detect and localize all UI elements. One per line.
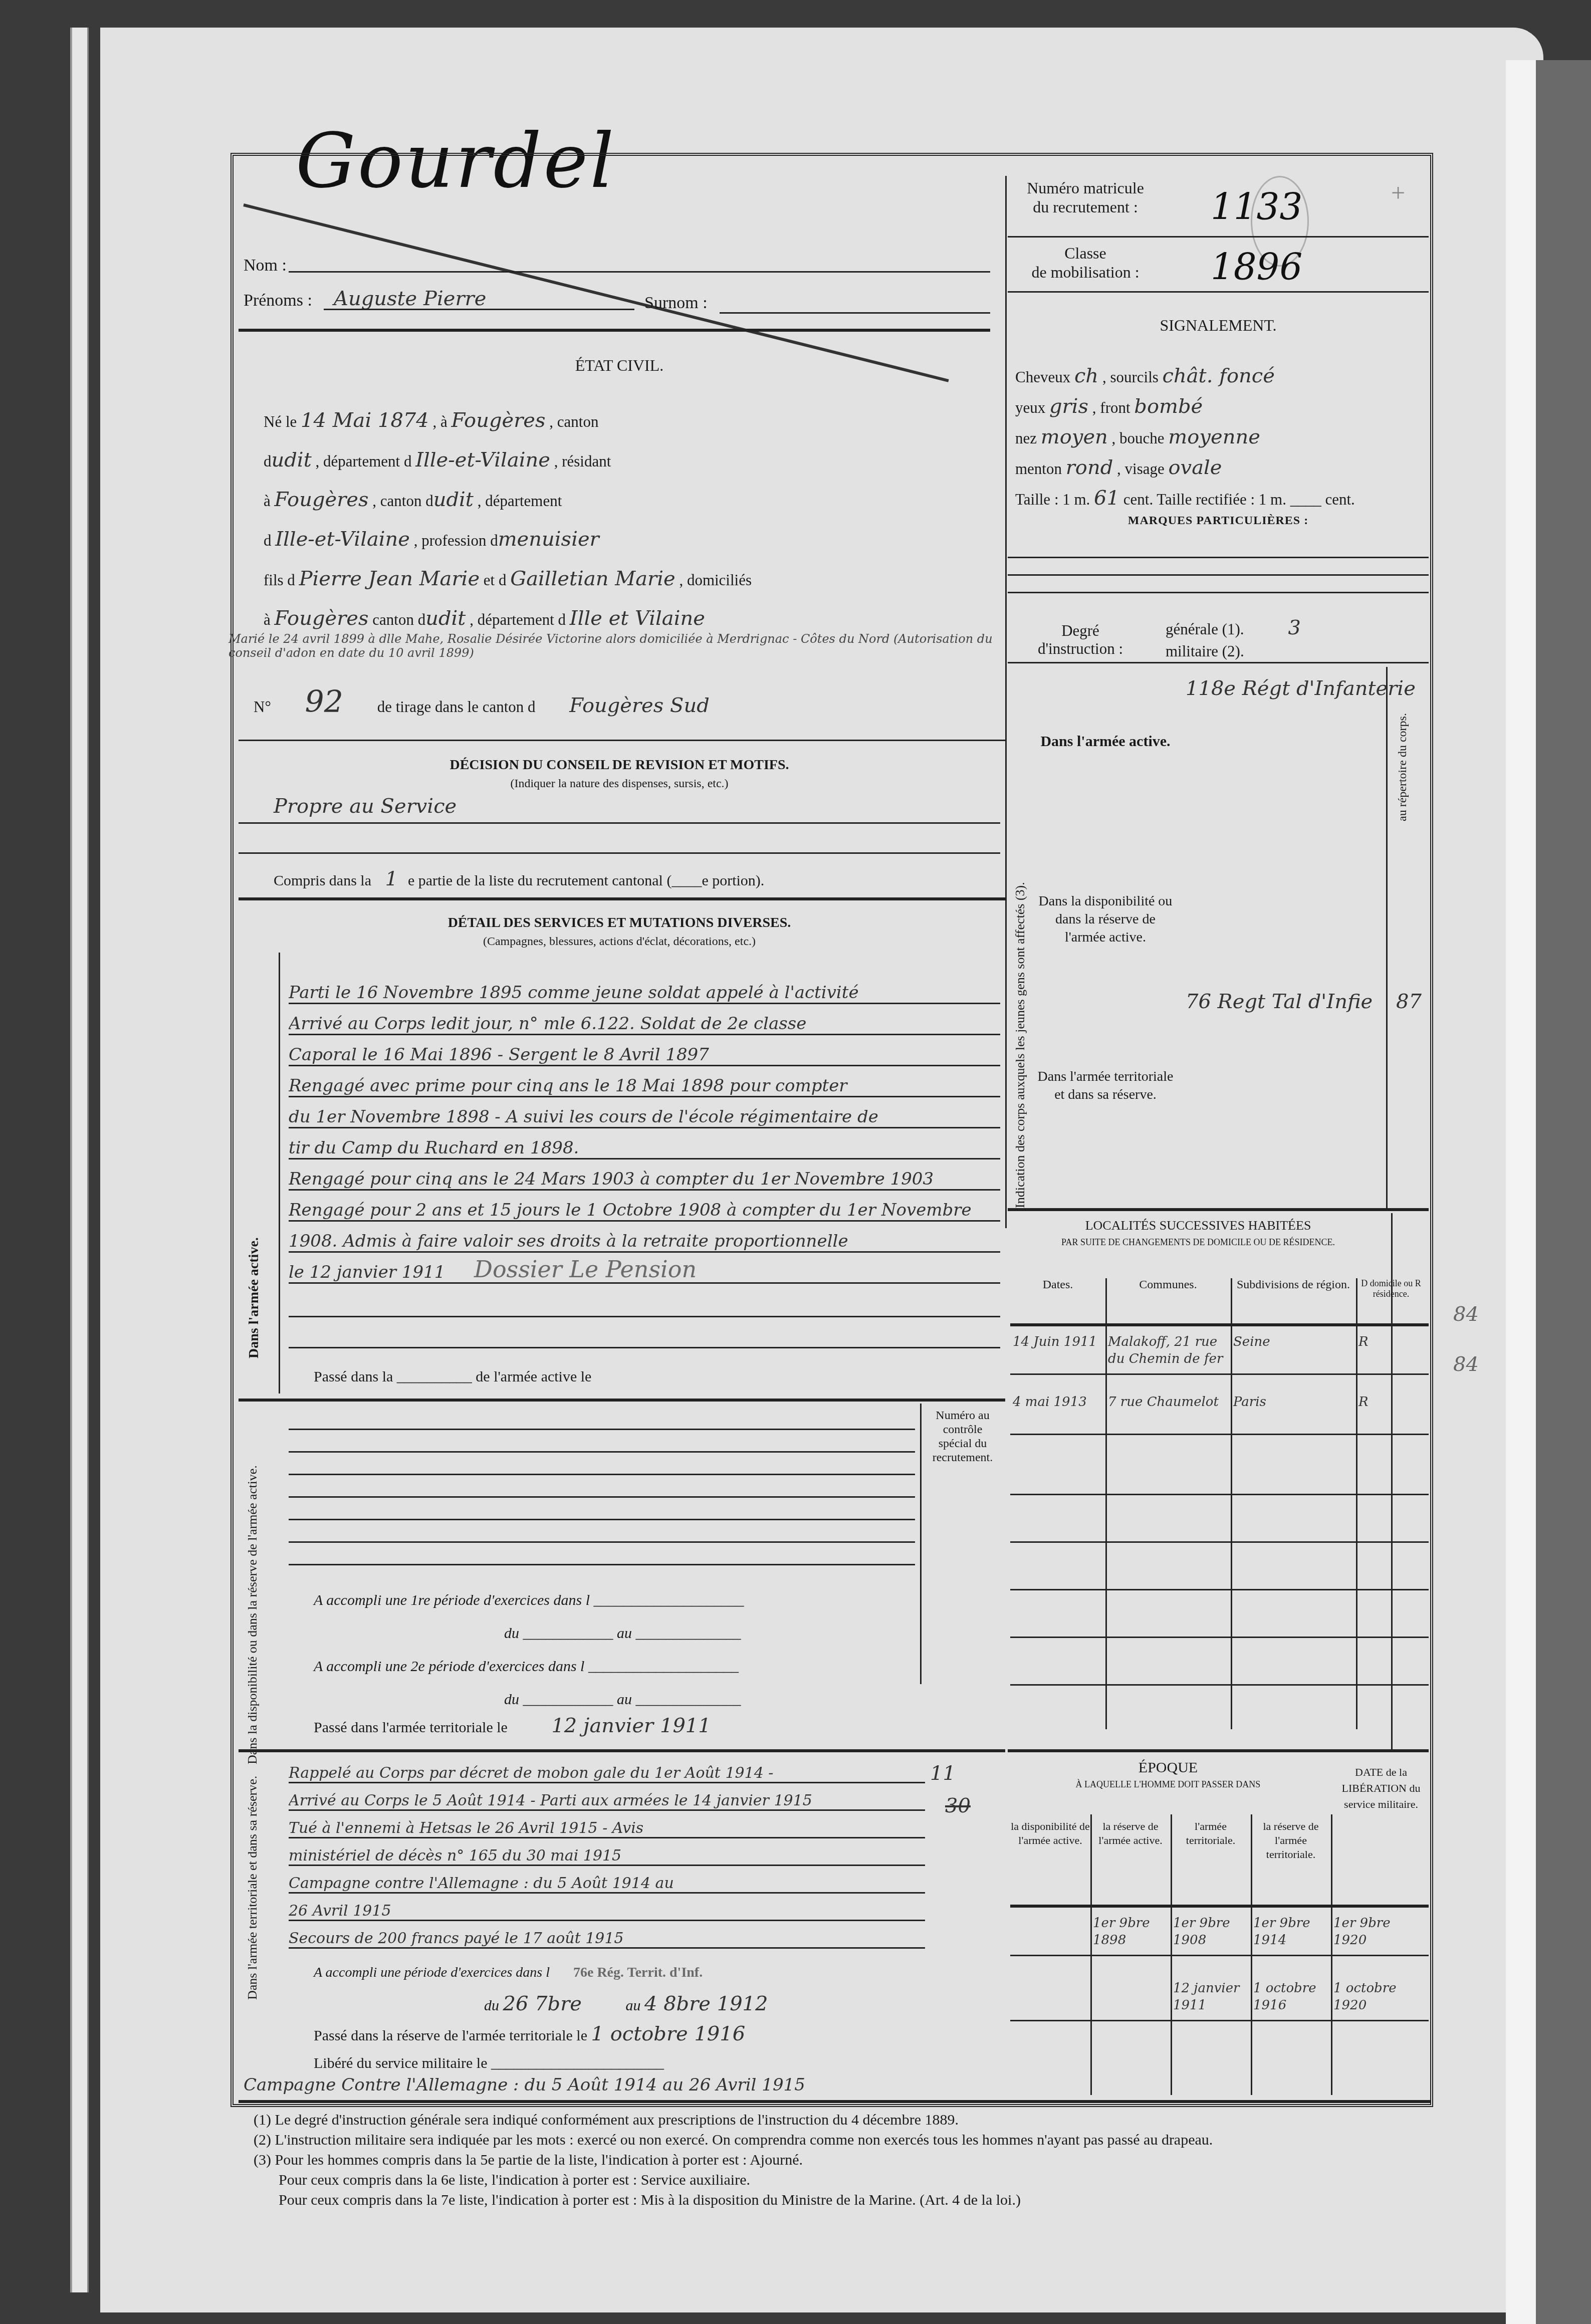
blank-line xyxy=(289,1541,915,1543)
divider xyxy=(1386,667,1388,1208)
services-subtitle: (Campagnes, blessures, actions d'éclat, … xyxy=(234,935,1005,949)
divider xyxy=(1008,557,1429,558)
service-line: Arrivé au Corps le 5 Août 1914 - Parti a… xyxy=(289,1792,925,1811)
divider xyxy=(279,953,280,1393)
corps-row-active-value: 118e Régt d'Infanterie xyxy=(1186,677,1416,700)
birth-date: 14 Mai 1874 xyxy=(301,409,429,432)
mother-name: Gailletian Marie xyxy=(510,567,675,590)
surnom-label: Surnom : xyxy=(644,294,708,313)
localites-cell: Seine xyxy=(1233,1333,1353,1350)
divider xyxy=(1008,1749,1429,1752)
divider xyxy=(1010,1905,1429,1908)
etat-civil-title: ÉTAT CIVIL. xyxy=(234,356,1005,375)
terr-numero-2: 30 xyxy=(945,1794,971,1817)
blank-line xyxy=(1010,1589,1429,1590)
corps-row-terr-numero: 87 xyxy=(1396,990,1422,1013)
localites-cell: 14 Juin 1911 xyxy=(1013,1333,1103,1350)
liberation-header: DATE de la LIBÉRATION du service militai… xyxy=(1336,1764,1426,1812)
blank-line xyxy=(289,1519,915,1520)
instruction-rows: générale (1). 3 militaire (2). xyxy=(1166,617,1301,662)
nom-label: Nom : xyxy=(244,256,287,275)
localites-cell: Malakoff, 21 rue du Chemin de fer xyxy=(1108,1333,1228,1367)
localites-cell: R xyxy=(1358,1393,1424,1411)
epoque-cell: 1 octobre 1920 xyxy=(1333,1980,1416,2014)
footnote-line: Pour ceux compris dans la 6e liste, l'in… xyxy=(254,2170,1426,2190)
service-line: ministériel de décès n° 165 du 30 mai 19… xyxy=(289,1847,925,1866)
epoque-header: la réserve de l'armée territoriale. xyxy=(1251,1819,1331,1862)
divider xyxy=(1105,1278,1107,1729)
signalement-block: Cheveux ch , sourcils chât. foncé yeux g… xyxy=(1015,361,1426,514)
epoque-cell: 1er 9bre 1908 xyxy=(1173,1915,1248,1949)
margin-number-1: 84 xyxy=(1453,1303,1479,1326)
localites-header: D domicile ou R résidence. xyxy=(1356,1278,1426,1299)
localites-header: Dates. xyxy=(1010,1278,1105,1292)
footnotes: (1) Le degré d'instruction générale sera… xyxy=(254,2110,1426,2210)
localites-title: LOCALITÉS SUCCESSIVES HABITÉES xyxy=(1008,1218,1389,1233)
divider xyxy=(239,897,1005,900)
corps-row-active-label: Dans l'armée active. xyxy=(1035,732,1176,751)
margin-number-2: 84 xyxy=(1453,1353,1479,1376)
localites-cell: R xyxy=(1358,1333,1424,1350)
localites-header: Subdivisions de région. xyxy=(1231,1278,1356,1292)
service-line: Rengagé pour cinq ans le 24 Mars 1903 à … xyxy=(289,1169,1000,1191)
decision-value: Propre au Service xyxy=(274,795,457,818)
divider xyxy=(1008,662,1429,663)
reserve-terr-row: Passé dans la réserve de l'armée territo… xyxy=(314,2022,745,2045)
service-line: 26 Avril 1915 xyxy=(289,1902,925,1921)
divider xyxy=(1008,236,1429,238)
signalement-title: SIGNALEMENT. xyxy=(1008,316,1429,335)
side-label-terr: Dans l'armée territoriale et dans sa rés… xyxy=(244,1774,284,2000)
epoque-cell: 1er 9bre 1898 xyxy=(1093,1915,1168,1949)
corps-row-dispo-label: Dans la disponibilité ou dans la réserve… xyxy=(1035,892,1176,947)
footnote-line: Pour ceux compris dans la 7e liste, l'in… xyxy=(254,2190,1426,2210)
degre-label: Degréd'instruction : xyxy=(1015,622,1146,658)
divider xyxy=(1008,291,1429,293)
divider xyxy=(1010,1373,1429,1375)
service-line: 1908. Admis à faire valoir ses droits à … xyxy=(289,1231,1000,1253)
territoriale-row: Passé dans l'armée territoriale le 12 ja… xyxy=(314,1714,711,1737)
divider xyxy=(239,1749,1005,1752)
column-divider xyxy=(1005,176,1007,1228)
divider xyxy=(239,740,1005,741)
corps-side-title: Indication des corps auxquels les jeunes… xyxy=(1013,697,1028,1208)
side-label-dispo: Dans la disponibilité ou dans la réserve… xyxy=(244,1439,284,1764)
classe-label: Classede mobilisation : xyxy=(1010,244,1161,282)
service-line: Tué à l'ennemi à Hetsas le 26 Avril 1915… xyxy=(289,1819,925,1838)
service-line: Caporal le 16 Mai 1896 - Sergent le 8 Av… xyxy=(289,1045,1000,1066)
epoque-header: l'armée territoriale. xyxy=(1171,1819,1251,1847)
divider xyxy=(239,329,990,332)
marriage-note: Marié le 24 avril 1899 à dlle Mahe, Rosa… xyxy=(229,632,1010,660)
numero-header: au répertoire du corps. xyxy=(1396,697,1426,847)
epoque-header: la disponibilité de l'armée active. xyxy=(1010,1819,1090,1847)
classe-value: 1896 xyxy=(1211,246,1302,288)
footnote-line: (3) Pour les hommes compris dans la 5e p… xyxy=(254,2150,1426,2170)
profession: menuisier xyxy=(498,528,599,551)
etat-civil-block: Né le 14 Mai 1874 , à Fougères , canton … xyxy=(264,401,995,639)
blank-line xyxy=(289,1474,915,1475)
compris-row: Compris dans la 1e partie de la liste du… xyxy=(274,867,764,890)
periodes-block: A accompli une 1re période d'exercices d… xyxy=(314,1584,744,1716)
numero-controle-label: Numéro au contrôle spécial du recrutemen… xyxy=(925,1409,1000,1465)
service-line: tir du Camp du Ruchard en 1898. xyxy=(289,1138,1000,1159)
side-label-active: Dans l'armée active. xyxy=(246,1008,262,1358)
localites-cell: 4 mai 1913 xyxy=(1013,1393,1103,1411)
tirage-row: N° 92 de tirage dans le canton d Fougère… xyxy=(254,684,710,720)
divider xyxy=(239,2100,1431,2103)
prenoms-field[interactable] xyxy=(324,309,634,310)
divider xyxy=(1008,1208,1429,1211)
epoque-cell: 12 janvier 1911 xyxy=(1173,1980,1248,2014)
birth-place: Fougères xyxy=(451,409,546,432)
blank-line xyxy=(1010,1541,1429,1543)
localites-subtitle: PAR SUITE DE CHANGEMENTS DE DOMICILE OU … xyxy=(1008,1237,1389,1248)
libere-row: Libéré du service militaire le _________… xyxy=(314,2055,664,2072)
divider xyxy=(1008,574,1429,576)
blank-line xyxy=(1010,1637,1429,1638)
service-line: Rengagé avec prime pour cinq ans le 18 M… xyxy=(289,1076,1000,1097)
marques-label: MARQUES PARTICULIÈRES : xyxy=(1008,514,1429,528)
decision-subtitle: (Indiquer la nature des dispenses, sursi… xyxy=(234,777,1005,791)
terr-numero-1: 11 xyxy=(930,1762,956,1785)
blank-line xyxy=(289,1347,1000,1348)
campagne-overwrite: Campagne Contre l'Allemagne : du 5 Août … xyxy=(244,2075,805,2095)
divider xyxy=(920,1404,922,1684)
divider xyxy=(239,1399,1005,1402)
divider xyxy=(1010,1955,1429,1956)
service-line: du 1er Novembre 1898 - A suivi les cours… xyxy=(289,1107,1000,1128)
blank-line xyxy=(289,1564,915,1565)
periode-terr-row: A accompli une période d'exercices dans … xyxy=(314,1965,703,1981)
service-line: Secours de 200 francs payé le 17 août 19… xyxy=(289,1930,925,1949)
localites-cell: 7 rue Chaumelot xyxy=(1108,1393,1228,1411)
height-value: 61 xyxy=(1094,487,1119,510)
blank-line xyxy=(289,1451,915,1453)
divider xyxy=(239,852,1000,854)
epoque-cell: 1er 9bre 1920 xyxy=(1333,1915,1416,1949)
service-line: Parti le 16 Novembre 1895 comme jeune so… xyxy=(289,983,1000,1004)
book-spine xyxy=(1536,60,1591,2324)
father-name: Pierre Jean Marie xyxy=(299,567,480,590)
blank-line xyxy=(289,1496,915,1498)
localites-header: Communes. xyxy=(1105,1278,1231,1292)
corps-row-terr-value: 76 Regt Tal d'Infie xyxy=(1186,990,1373,1013)
margin-mark: + xyxy=(1391,178,1405,207)
localites-cell: Paris xyxy=(1233,1393,1353,1411)
surnom-field[interactable] xyxy=(720,312,990,314)
service-line: Arrivé au Corps ledit jour, n° mle 6.122… xyxy=(289,1014,1000,1035)
service-line: Rengagé pour 2 ans et 15 jours le 1 Octo… xyxy=(289,1200,1000,1222)
divider xyxy=(1010,2020,1429,2021)
pension-stamp: Dossier Le Pension xyxy=(474,1256,697,1283)
service-line: Campagne contre l'Allemagne : du 5 Août … xyxy=(289,1875,925,1894)
divider xyxy=(1231,1278,1232,1729)
periode-terr-dates: du 26 7bre au 4 8bre 1912 xyxy=(484,1992,768,2015)
footnote-line: (2) L'instruction militaire sera indiqué… xyxy=(254,2130,1426,2150)
blank-line xyxy=(1010,1684,1429,1686)
corps-row-terr-label: Dans l'armée territoriale et dans sa rés… xyxy=(1035,1068,1176,1104)
blank-line xyxy=(289,1429,915,1430)
matricule-label: Numéro matriculedu recrutement : xyxy=(1010,178,1161,216)
prenoms-label: Prénoms : xyxy=(244,291,312,310)
divider xyxy=(1356,1278,1357,1729)
service-line: Rappelé au Corps par décret de mobon gal… xyxy=(289,1764,925,1783)
divider xyxy=(1010,1323,1429,1326)
footnote-line: (1) Le degré d'instruction générale sera… xyxy=(254,2110,1426,2130)
divider xyxy=(239,822,1000,824)
epoque-title: ÉPOQUE xyxy=(1008,1759,1328,1776)
epoque-cell: 1 octobre 1916 xyxy=(1253,1980,1328,2014)
blank-line xyxy=(1010,1494,1429,1495)
services-title: DÉTAIL DES SERVICES ET MUTATIONS DIVERSE… xyxy=(234,915,1005,931)
epoque-header: la réserve de l'armée active. xyxy=(1090,1819,1171,1847)
nom-field[interactable] xyxy=(289,271,990,273)
divider xyxy=(1010,1434,1429,1435)
prenoms-value: Auguste Pierre xyxy=(334,287,486,310)
territoriale-date: 12 janvier 1911 xyxy=(551,1714,711,1737)
divider xyxy=(1008,592,1429,593)
matricule-form: Nom : Prénoms : Auguste Pierre Surnom : … xyxy=(231,153,1433,2107)
decision-title: DÉCISION DU CONSEIL DE REVISION ET MOTIF… xyxy=(234,757,1005,773)
blank-line xyxy=(289,1316,1000,1317)
epoque-subtitle: À LAQUELLE L'HOMME DOIT PASSER DANS xyxy=(1008,1779,1328,1790)
passe-active-row: Passé dans la __________ de l'armée acti… xyxy=(314,1368,591,1385)
page-gutter xyxy=(1506,60,1536,2324)
epoque-cell: 1er 9bre 1914 xyxy=(1253,1915,1328,1949)
page-stack-edge xyxy=(70,28,89,2292)
